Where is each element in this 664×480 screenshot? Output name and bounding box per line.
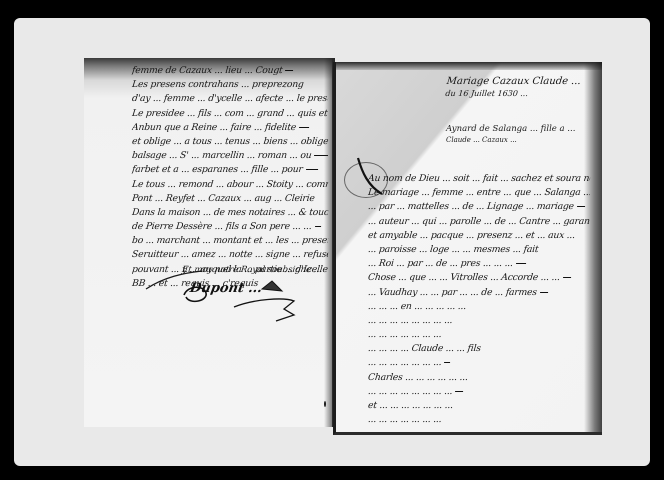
manuscript-line: Le mariage ... femme ... entre ... que .… [367,186,590,200]
manuscript-line: ... ... ... ... ... ... ... ... [367,314,590,328]
manuscript-line: ... ... ... ... Claude ... ... fils [367,342,590,356]
manuscript-line: Anbun que a Reine ... faire ... fidelite [131,121,328,135]
manuscript-line: ... ... ... ... ... ... ... ... [367,385,590,399]
manuscript-line: Dans la maison ... de mes notaires ... &… [131,206,328,220]
manuscript-line: de Pierre Dessère ... fils a Son pere ..… [131,220,328,234]
manuscript-line: et ... ... ... ... ... ... ... [367,399,590,413]
manuscript-line: ... Roi ... par ... de ... pres ... ... … [367,257,590,271]
left-page-text-block: femme de Cazaux ... lieu ... Cougt Les p… [132,64,328,291]
manuscript-line: Le presidee ... fils ... com ... grand .… [131,107,328,121]
manuscript-line: ... ... ... ... ... ... ... [367,328,590,342]
manuscript-line: Chose ... que ... ... Vitrolles ... Acco… [367,271,590,285]
manuscript-line: ... par ... mattelles ... de ... Lignage… [367,200,590,214]
manuscript-line: balsage ... S' ... marcellin ... roman .… [131,149,328,163]
manuscript-line: et amyable ... pacque ... presenz ... et… [367,229,590,243]
left-manuscript-page: femme de Cazaux ... lieu ... Cougt Les p… [84,58,335,427]
notary-signature: Et moy notre Royal soubsigne ... Dupont … [144,263,324,333]
right-page-text-block: Au nom de Dieu ... soit ... fait ... sac… [368,172,590,427]
manuscript-line: Seruitteur ... amez ... notte ... signe … [131,248,328,262]
record-heading: Mariage Cazaux Claude ... du 16 Juillet … [445,76,598,100]
manuscript-line: ... paroisse ... loge ... ... mesmes ...… [367,243,590,257]
ink-blot [324,401,326,407]
manuscript-line: ... Vaudhay ... ... par ... ... de ... f… [367,286,590,300]
manuscript-line: femme de Cazaux ... lieu ... Cougt [131,64,328,78]
manuscript-line: ... ... ... en ... ... ... ... ... [367,300,590,314]
manuscript-line: farbet et a ... esparanes ... fille ... … [131,163,328,177]
manuscript-line: et oblige ... a tous ... tenus ... biens… [131,135,328,149]
manuscript-line: Pont ... Reyfet ... Cazaux ... aug ... C… [131,192,328,206]
record-subject: Aynard de Salanga ... fille a ... Claude… [446,124,596,146]
manuscript-line: Charles ... ... ... ... ... ... [367,371,590,385]
record-date: du 16 Juillet 1630 ... [445,88,596,100]
signature-name: Dupont ... [189,281,264,296]
manuscript-line: ... ... ... ... ... ... ... [367,356,590,370]
record-party: Claude ... [532,76,581,87]
subject-line: Aynard de Salanga ... fille a ... [446,124,596,135]
page-top-edge [336,62,602,70]
manuscript-line: Le tous ... remond ... abour ... Stoity … [131,178,328,192]
manuscript-line: ... auteur ... qui ... parolle ... de ..… [367,215,590,229]
manuscript-line: ... ... ... ... ... ... ... [367,413,590,427]
record-title: Mariage Cazaux [446,76,530,87]
manuscript-line: bo ... marchant ... montant et ... les .… [131,234,328,248]
manuscript-line: Les presens contrahans ... preprezong [131,78,328,92]
signature-attestation: Et moy notre Royal soubsigne ... [181,265,322,275]
right-manuscript-page: Mariage Cazaux Claude ... du 16 Juillet … [333,62,602,435]
manuscript-line: d'ay ... femme ... d'ycelle ... afecte .… [131,92,328,106]
subject-line: Claude ... Cazaux ... [446,135,596,146]
manuscript-line: Au nom de Dieu ... soit ... fait ... sac… [367,172,590,186]
